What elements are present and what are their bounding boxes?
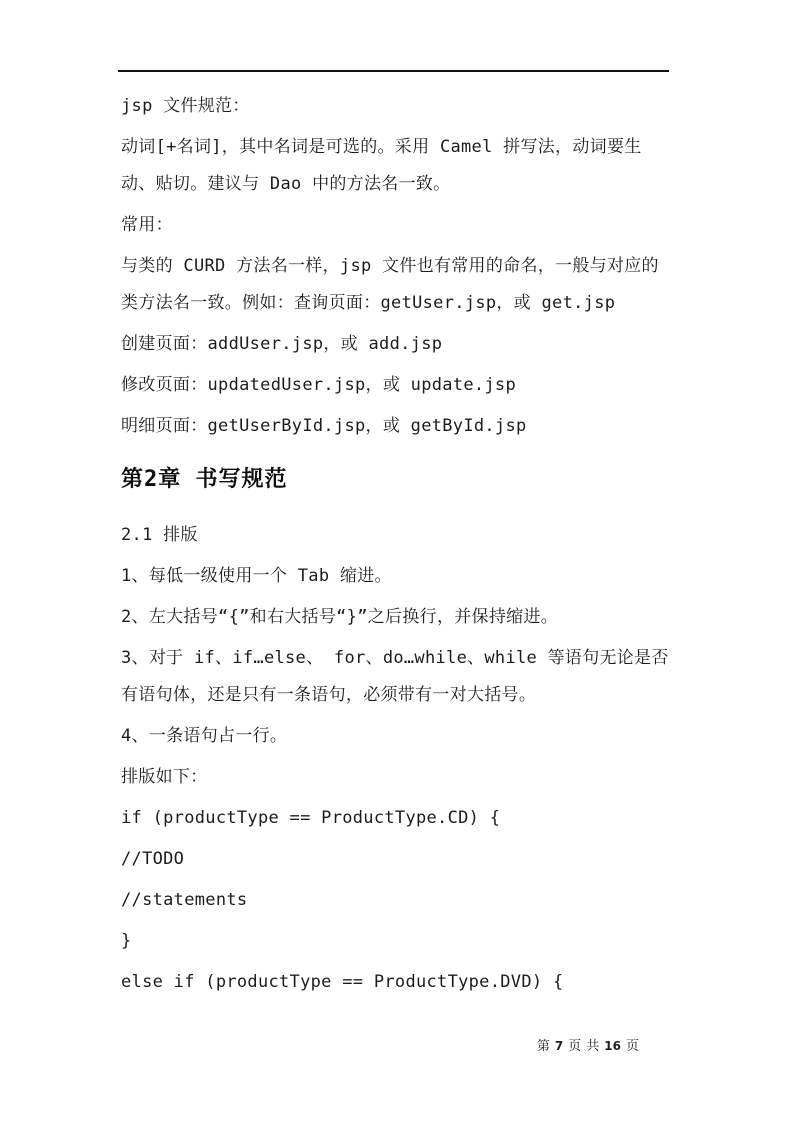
code-line-close-brace: } [121, 923, 673, 960]
footer-label-prefix: 第 [537, 1039, 550, 1054]
subsection-heading: 2.1 排版 [121, 517, 673, 554]
rule-item-2: 2、左大括号“{”和右大括号“}”之后换行，并保持缩进。 [121, 599, 673, 636]
rule-item-3: 3、对于 if、if…else、 for、do…while、while 等语句无… [121, 640, 673, 714]
document-body: jsp 文件规范： 动词[+名词]，其中名词是可选的。采用 Camel 拼写法，… [121, 88, 673, 1005]
code-line-if: if (productType == ProductType.CD) { [121, 800, 673, 837]
paragraph-curd-naming: 与类的 CURD 方法名一样，jsp 文件也有常用的命名，一般与对应的类方法名一… [121, 248, 673, 322]
footer-page-number: 7 [555, 1039, 563, 1053]
paragraph-detail-page: 明细页面：getUserById.jsp，或 getById.jsp [121, 408, 673, 445]
document-page: jsp 文件规范： 动词[+名词]，其中名词是可选的。采用 Camel 拼写法，… [0, 0, 793, 1122]
paragraph-jsp-file-spec: jsp 文件规范： [121, 88, 673, 125]
header-rule [118, 70, 669, 72]
footer-label-total-prefix: 共 [586, 1039, 599, 1054]
rule-item-1: 1、每低一级使用一个 Tab 缩进。 [121, 558, 673, 595]
page-footer: 第7页共16页 [537, 1036, 639, 1057]
footer-total-pages: 16 [604, 1039, 621, 1053]
code-line-statements-comment: //statements [121, 882, 673, 919]
rule-item-4: 4、一条语句占一行。 [121, 718, 673, 755]
code-line-else-if: else if (productType == ProductType.DVD)… [121, 964, 673, 1001]
chapter-heading: 第2章 书写规范 [121, 460, 673, 500]
code-line-todo-comment: //TODO [121, 841, 673, 878]
paragraph-create-page: 创建页面：addUser.jsp，或 add.jsp [121, 326, 673, 363]
paragraph-update-page: 修改页面：updatedUser.jsp，或 update.jsp [121, 367, 673, 404]
footer-label-page: 页 [568, 1039, 581, 1054]
footer-label-suffix: 页 [626, 1039, 639, 1054]
paragraph-common-label: 常用： [121, 207, 673, 244]
layout-example-label: 排版如下： [121, 759, 673, 796]
paragraph-naming-rule: 动词[+名词]，其中名词是可选的。采用 Camel 拼写法，动词要生动、贴切。建… [121, 129, 673, 203]
